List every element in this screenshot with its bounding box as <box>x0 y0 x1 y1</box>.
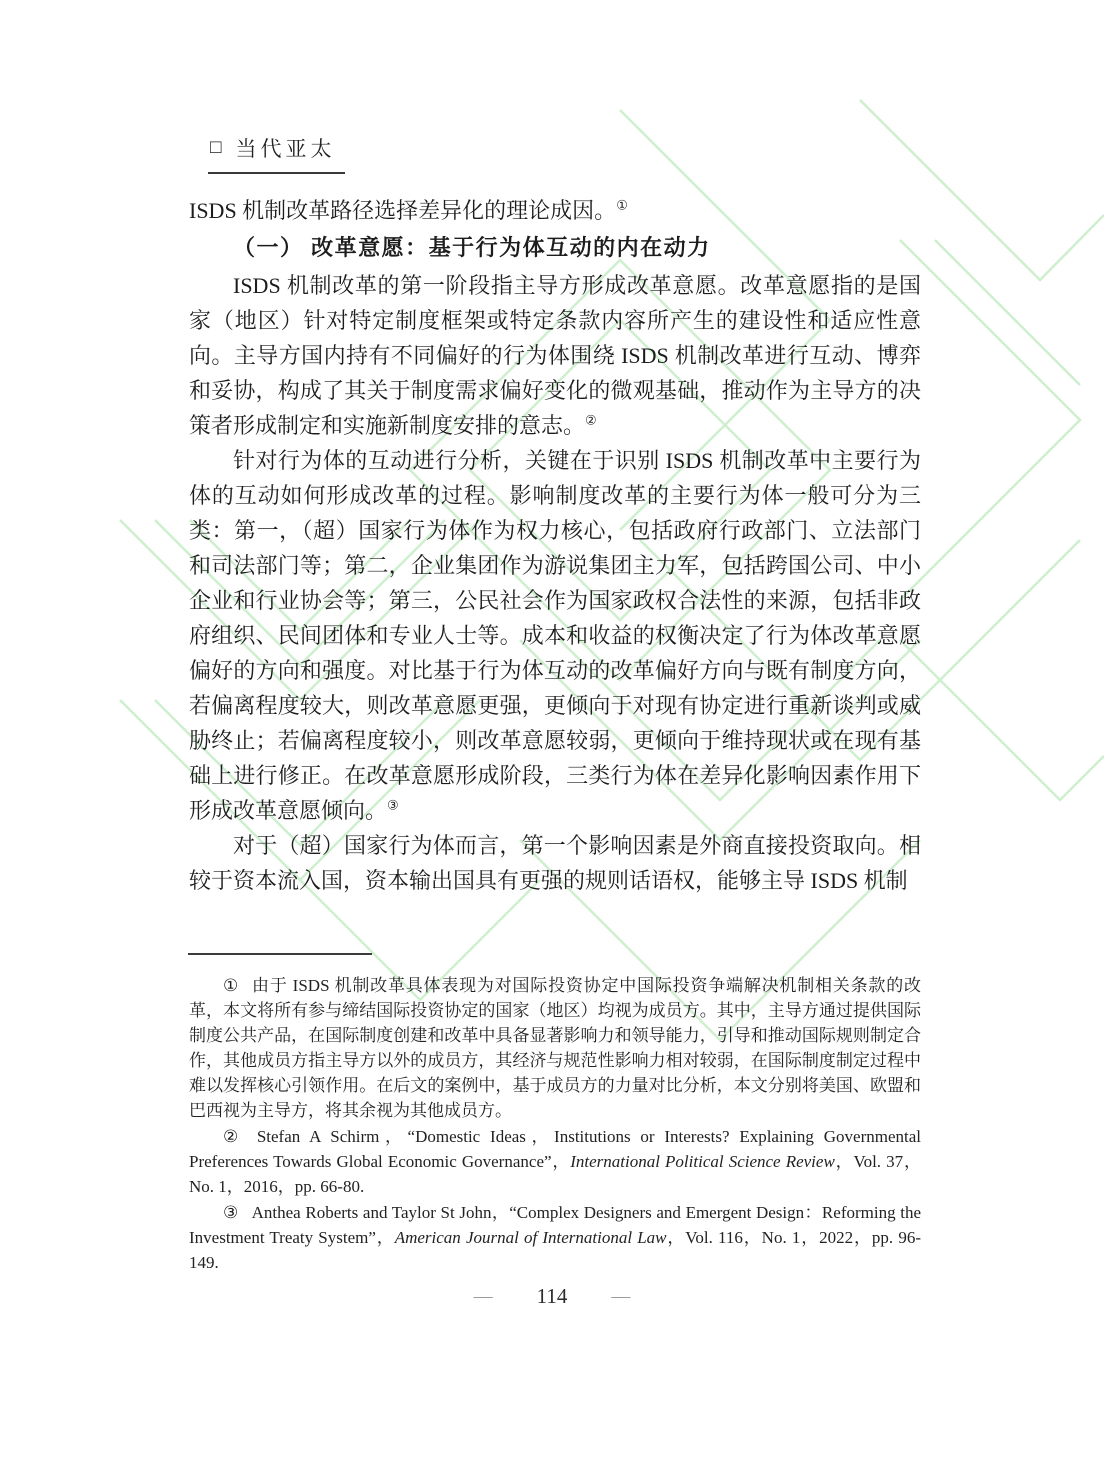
footnote-item-1: ①由于 ISDS 机制改革具体表现为对国际投资协定中国际投资争端解决机制相关条款… <box>189 973 921 1123</box>
footnote-ref-3: ③ <box>387 798 399 813</box>
footnote-marker: ① <box>223 976 239 995</box>
paragraph-1: ISDS 机制改革的第一阶段指主导方形成改革意愿。改革意愿指的是国家（地区）针对… <box>189 268 921 443</box>
footnote-ref-1: ① <box>616 198 628 213</box>
footnote-text: 由于 ISDS 机制改革具体表现为对国际投资协定中国际投资争端解决机制相关条款的… <box>189 976 921 1120</box>
footnotes-section: ①由于 ISDS 机制改革具体表现为对国际投资协定中国际投资争端解决机制相关条款… <box>189 973 921 1275</box>
page-number-dash-left: — <box>474 1286 493 1308</box>
journal-title-italic: American Journal of International Law <box>395 1228 667 1247</box>
lead-line: ISDS 机制改革路径选择差异化的理论成因。① <box>189 193 921 228</box>
footnote-item-3: ③Anthea Roberts and Taylor St John，“Comp… <box>189 1200 921 1275</box>
footnote-separator <box>188 953 372 955</box>
paragraph-3-text: 对于（超）国家行为体而言，第一个影响因素是外商直接投资取向。相较于资本流入国，资… <box>189 833 921 893</box>
paragraph-3: 对于（超）国家行为体而言，第一个影响因素是外商直接投资取向。相较于资本流入国，资… <box>189 828 921 898</box>
section-heading: （一） 改革意愿：基于行为体互动的内在动力 <box>189 230 921 265</box>
footnote-marker: ② <box>223 1127 244 1146</box>
journal-header: □ 当代亚太 <box>208 133 345 174</box>
journal-name: 当代亚太 <box>235 133 335 163</box>
page-number-value: 114 <box>537 1284 568 1309</box>
footnote-item-2: ②Stefan A Schirm，“Domestic Ideas，Institu… <box>189 1124 921 1199</box>
square-bullet-icon: □ <box>210 137 221 159</box>
page-number: — 114 — <box>0 1284 1104 1309</box>
journal-title-italic: International Political Science Review <box>570 1152 835 1171</box>
paragraph-1-text: ISDS 机制改革的第一阶段指主导方形成改革意愿。改革意愿指的是国家（地区）针对… <box>189 273 921 438</box>
footnote-ref-2: ② <box>585 413 597 428</box>
footnote-marker: ③ <box>223 1203 239 1222</box>
document-page: □ 当代亚太 ISDS 机制改革路径选择差异化的理论成因。① （一） 改革意愿：… <box>0 0 1104 1476</box>
paragraph-2: 针对行为体的互动进行分析，关键在于识别 ISDS 机制改革中主要行为体的互动如何… <box>189 443 921 828</box>
paragraph-2-text: 针对行为体的互动进行分析，关键在于识别 ISDS 机制改革中主要行为体的互动如何… <box>189 448 921 823</box>
article-body: ISDS 机制改革路径选择差异化的理论成因。① （一） 改革意愿：基于行为体互动… <box>189 193 921 898</box>
lead-line-text: ISDS 机制改革路径选择差异化的理论成因。 <box>189 198 616 223</box>
page-number-dash-right: — <box>611 1286 630 1308</box>
